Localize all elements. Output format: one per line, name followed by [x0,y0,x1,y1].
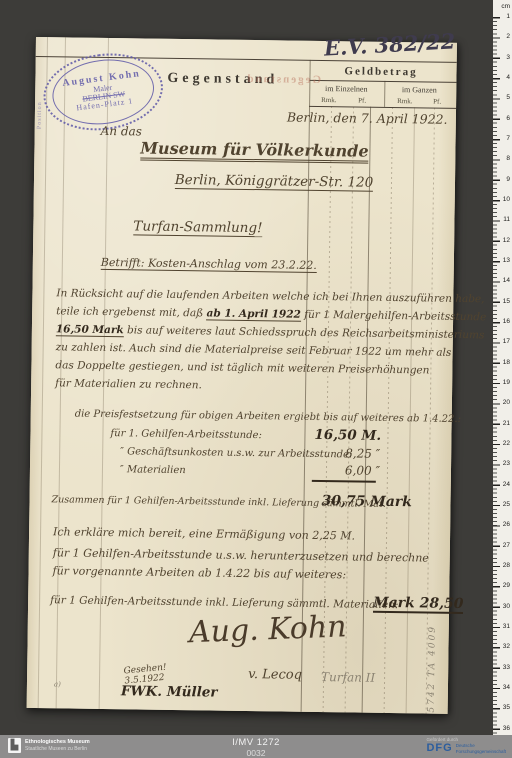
scanned-document: Gegenstand Gegenstand Geldbetrag im Einz… [27,37,457,714]
ruler-number: 1 [506,14,510,21]
annotation-side-number: 5742 TA 4009 [427,568,439,713]
body-line: teile ich ergebenst mit, daß ab 1. April… [56,305,486,323]
ruler-number: 33 [503,665,510,672]
ruler-unit-label: cm [501,3,510,10]
body-line: Ich erkläre mich bereit, eine Ermäßigung… [53,525,355,542]
museum-parent: Staatliche Museen zu Berlin [25,746,90,752]
dfg-branding: Gefördert durch DFG Deutsche Forschungsg… [426,737,506,754]
viewer-footer: ▙ Ethnologisches Museum Staatliche Musee… [0,735,512,758]
ruler-number: 32 [503,644,510,651]
recipient-name: Museum für Völkerkunde [139,138,369,160]
museum-branding: ▙ Ethnologisches Museum Staatliche Musee… [8,738,90,753]
ruler-number: 6 [506,116,510,123]
ruler-number: 8 [506,156,510,163]
rate-row-amount: 6,00 ″ [314,463,380,478]
subject-betrifft: Betrifft: Kosten-Anschlag vom 23.2.22. [101,256,317,272]
museum-name: Ethnologisches Museum [25,739,90,746]
ruler-number: 7 [506,136,510,143]
sum-rule [312,480,376,483]
header-rule [309,80,456,83]
rate-row-amount: 16,50 M. [314,427,380,444]
subject-collection: Turfan-Sammlung! [133,218,262,236]
annotation-turfan: Turfan II [321,670,375,685]
scan-identifiers: I/MV 1272 0032 [232,737,280,758]
body-line: In Rücksicht auf die laufenden Arbeiten … [56,287,484,305]
ruler-number: 22 [503,441,510,448]
scan-viewer: Gegenstand Gegenstand Geldbetrag im Einz… [0,0,512,758]
recipient-address: Berlin, Königgrätzer-Str. 120 [164,172,384,191]
subcol-pf: Pf. [358,97,366,105]
page-number: 0032 [232,748,280,758]
signature-mueller: FWK. Müller [121,683,218,700]
ruler-number: 34 [503,685,510,692]
col-header-ganzen: im Ganzen [387,85,451,95]
ruler-number: 24 [503,482,510,489]
signature-kohn: Aug. Kohn [122,607,413,653]
margin-rule-line [99,38,109,709]
ruler-number: 26 [503,522,510,529]
ruler-number: 23 [503,461,510,468]
body-line: das Doppelte gestiegen, und ist täglich … [55,359,429,376]
ruler-number: 10 [503,197,510,204]
column-title-geldbetrag: Geldbetrag [309,65,452,79]
rates-intro: die Preisfestsetzung für obigen Arbeiten… [75,409,461,425]
salutation: An das [101,124,142,139]
subcol-pf: Pf. [433,98,441,106]
ruler-number: 36 [503,726,510,733]
subcol-rmk: Rmk. [321,96,336,104]
file-number: E.V. 382/22 [323,28,455,60]
ruler-number: 28 [503,563,510,570]
body-line: für Materialien zu rechnen. [55,377,202,391]
rate-row-amount: 8,25 ″ [314,446,380,461]
dfg-logo: DFG [426,743,452,754]
total-amount: 30,75 Mark [321,493,412,510]
subcol-rmk: Rmk. [397,97,412,105]
cm-ruler: cm 1234567891011121314151617181920212223… [493,0,512,735]
dfg-name: Deutsche Forschungsgemeinschaft [456,743,506,754]
ruler-number: 4 [506,75,510,82]
body-line: für vorgenannte Arbeiten ab 1.4.22 bis a… [52,564,346,581]
body-line: zu zahlen ist. Auch sind die Materialpre… [56,341,452,359]
ruler-number: 5 [506,95,510,102]
ruler-number: 2 [506,34,510,41]
ruler-number: 14 [503,278,510,285]
header-divider [384,81,385,107]
ruler-number: 31 [503,624,510,631]
date-line: Berlin, den 7. April 1922. [287,110,448,127]
ruler-number: 21 [503,421,510,428]
rate-row-label: für 1. Gehilfen-Arbeitsstunde: [110,428,262,441]
body-line: 16,50 Mark bis auf weiteres laut Schieds… [56,323,485,341]
ruler-number: 19 [503,380,510,387]
ruler-number: 16 [503,319,510,326]
annotation-margin-letter: a) [54,680,61,688]
ruler-number: 20 [503,400,510,407]
ruler-number: 11 [503,217,510,224]
ruler-number: 15 [503,299,510,306]
ruler-number: 29 [503,583,510,590]
ruler-number: 35 [503,705,510,712]
col-header-einzelnen: im Einzelnen [311,84,381,94]
signature-lecoq: v. Lecoq [248,667,302,683]
ruler-number: 12 [503,238,510,245]
ruler-number: 13 [503,258,510,265]
museum-text: Ethnologisches Museum Staatliche Museen … [25,739,90,752]
margin-rule-line [56,37,66,708]
ruler-number: 3 [506,55,510,62]
ruler-number: 30 [503,604,510,611]
ruler-number: 18 [503,360,510,367]
margin-vertical-text: Position [37,59,44,129]
ruler-number: 25 [503,502,510,509]
ruler-number: 9 [506,177,510,184]
ruler-number: 27 [503,543,510,550]
margin-rule-line [38,37,48,708]
rate-row-label: ″ Materialien [120,464,186,476]
inventory-number: I/MV 1272 [232,737,280,748]
museum-logo-icon: ▙ [8,738,21,753]
ruler-number: 17 [503,339,510,346]
body-line: für 1 Gehilfen-Arbeitsstunde u.s.w. heru… [53,546,429,564]
